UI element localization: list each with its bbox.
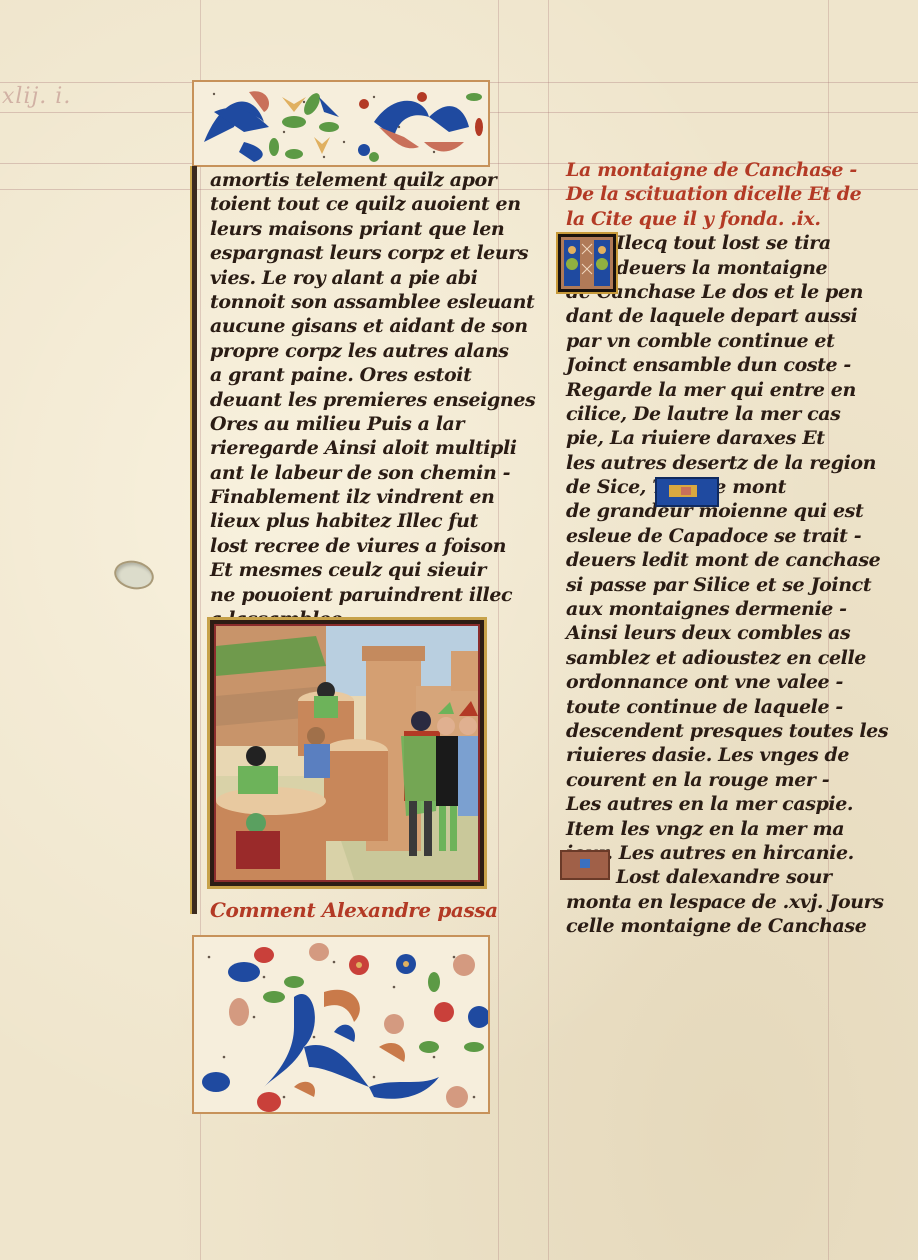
text-line: samblez et adioustez en celle <box>566 646 846 670</box>
text-line: Les autres en la mer caspie. <box>566 792 846 816</box>
margin-bar <box>190 166 197 914</box>
floral-border-icon <box>194 937 488 1112</box>
text-line: descendent presques toutes les <box>566 719 846 743</box>
text-line: Et mesmes ceulz qui sieuir <box>210 558 495 582</box>
ruling-line <box>548 0 549 1260</box>
text-line: Ainsi leurs deux combles as <box>566 621 846 645</box>
miniature-illustration <box>207 617 487 889</box>
text-line: lost recree de viures a foison <box>210 534 495 558</box>
text-line: amortis telement quilz apor <box>210 168 495 192</box>
text-line: ordonnance ont vne valee - <box>566 670 846 694</box>
text-line: ant le labeur de son chemin - <box>210 461 495 485</box>
chapter-heading-line: la Cite que il y fonda. .ix. <box>566 207 846 231</box>
miniature-caption: Comment Alexandre passa <box>210 898 498 922</box>
text-line: dant de laquele depart aussi <box>566 304 846 328</box>
decorated-initial-icon <box>655 477 719 507</box>
text-line: Finablement ilz vindrent en <box>210 485 495 509</box>
chapter-heading-line: De la scituation dicelle Et de <box>566 182 846 206</box>
text-line: toute continue de laquele - <box>566 695 846 719</box>
text-line: par vn comble continue et <box>566 329 846 353</box>
bottom-floral-border <box>192 935 490 1114</box>
text-line: vies. Le roy alant a pie abi <box>210 266 495 290</box>
text-line: espargnast leurs corpz et leurs <box>210 241 495 265</box>
text-line: Regarde la mer qui entre en <box>566 378 846 402</box>
text-line: Item les vngz en la mer ma <box>566 817 846 841</box>
text-line: pie, La riuiere daraxes Et <box>566 426 846 450</box>
ruling-line <box>498 0 499 1260</box>
text-line: aucune gisans et aidant de son <box>210 314 495 338</box>
folio-number: xlij. i. <box>2 84 71 109</box>
decorated-initial-icon <box>560 850 610 880</box>
decorated-initial-icon <box>556 232 618 294</box>
floral-border-icon <box>194 82 488 165</box>
chapter-heading-line: La montaigne de Canchase - <box>566 158 846 182</box>
text-line: toient tout ce quilz auoient en <box>210 192 495 216</box>
text-line: ne pouoient paruindrent illec <box>210 583 495 607</box>
text-line: tonnoit son assamblee esleuant <box>210 290 495 314</box>
text-line: monta en lespace de .xvj. Jours <box>566 890 846 914</box>
text-line: si passe par Silice et se Joinct <box>566 573 846 597</box>
text-line: Ores au milieu Puis a lar <box>210 412 495 436</box>
top-floral-border <box>192 80 490 167</box>
manuscript-page: xlij. i. <box>0 0 918 1260</box>
text-line: esleue de Capadoce se trait - <box>566 524 846 548</box>
text-line: propre corpz les autres alans <box>210 339 495 363</box>
text-line: leurs maisons priant que len <box>210 217 495 241</box>
text-line: celle montaigne de Canchase <box>566 914 846 938</box>
text-line: courent en la rouge mer - <box>566 768 846 792</box>
city-building-scene-icon <box>216 626 480 882</box>
text-line: les autres desertz de la region <box>566 451 846 475</box>
text-line: deuant les premieres enseignes <box>210 388 495 412</box>
text-line: deuers ledit mont de canchase <box>566 548 846 572</box>
text-line: cilice, De lautre la mer cas <box>566 402 846 426</box>
left-text-column: amortis telement quilz apor toient tout … <box>210 168 495 631</box>
text-line: lieux plus habitez Illec fut <box>210 509 495 533</box>
text-line: aux montaignes dermenie - <box>566 597 846 621</box>
text-line: riuieres dasie. Les vnges de <box>566 743 846 767</box>
caption-text: Comment Alexandre passa <box>210 898 498 922</box>
text-line: Joinct ensamble dun coste - <box>566 353 846 377</box>
parchment-hole <box>112 557 157 593</box>
text-line: rieregarde Ainsi aloit multipli <box>210 436 495 460</box>
text-line: a grant paine. Ores estoit <box>210 363 495 387</box>
